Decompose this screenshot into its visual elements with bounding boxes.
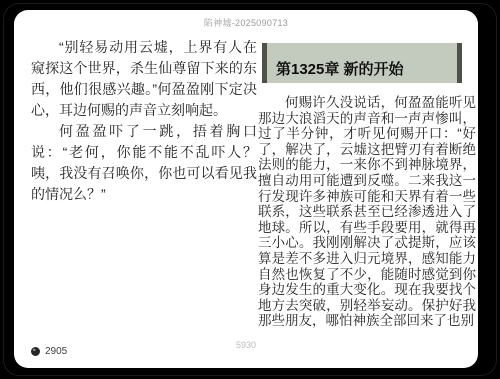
left-page[interactable]: “别轻易动用云墟，上界有人在窥探这个世界，杀生仙尊留下来的东西，他们很感兴趣。”… — [31, 37, 257, 205]
paragraph: “别轻易动用云墟，上界有人在窥探这个世界，杀生仙尊留下来的东西，他们很感兴趣。”… — [31, 37, 257, 121]
chapter-title: 第1325章 新的开始 — [276, 58, 404, 79]
paragraph: 何赐许久没说话，何盈盈能听见那边大浪滔天的声音和一声声惨叫，过了半分钟，才听见何… — [258, 95, 476, 329]
right-page[interactable]: 何赐许久没说话，何盈盈能听见那边大浪滔天的声音和一声声惨叫，过了半分钟，才听见何… — [258, 95, 476, 329]
reading-stat-value: 2905 — [45, 346, 67, 357]
chapter-bar-right — [457, 43, 462, 83]
device-frame: 陷神墟-2025090713 “别轻易动用云墟，上界有人在窥探这个世界，杀生仙尊… — [0, 0, 500, 379]
reader-screen[interactable]: 陷神墟-2025090713 “别轻易动用云墟，上界有人在窥探这个世界，杀生仙尊… — [14, 10, 478, 368]
reading-stat[interactable]: 2905 — [31, 346, 67, 357]
book-title-header: 陷神墟-2025090713 — [14, 16, 478, 29]
paragraph: 何盈盈吓了一跳，捂着胸口说：“老何，你能不能不乱吓人？咦，我没有召唤你，你也可以… — [31, 121, 257, 205]
circle-icon — [31, 347, 40, 356]
page-indicator: 5930 — [236, 340, 256, 350]
chapter-header: 第1325章 新的开始 — [262, 43, 462, 83]
chapter-bar-left — [262, 43, 267, 83]
